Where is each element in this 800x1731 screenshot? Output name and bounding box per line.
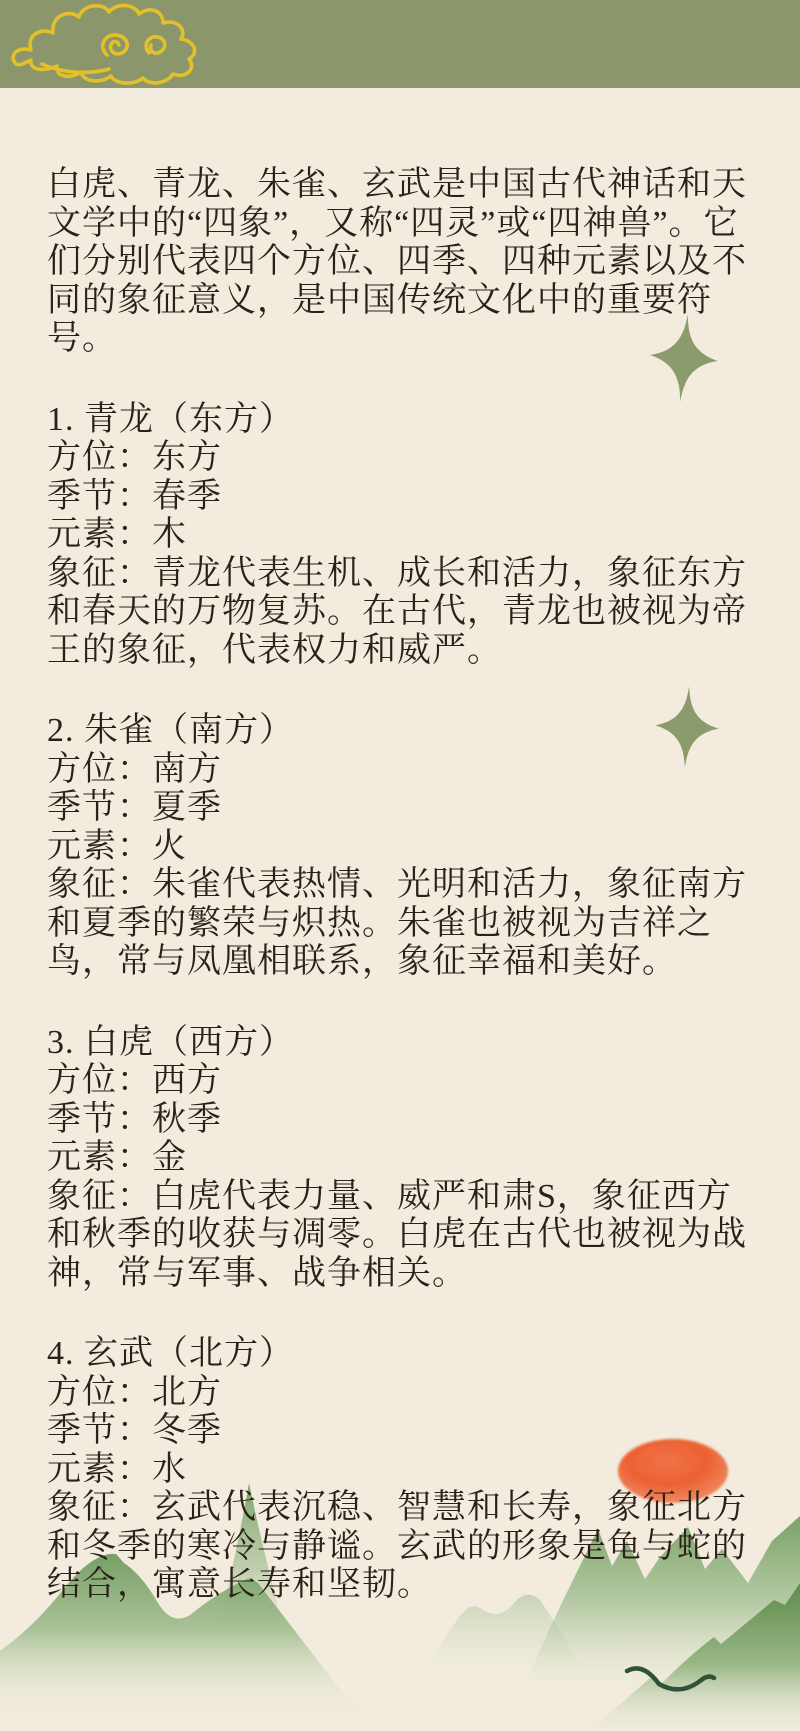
section-xuanwu: 4. 玄武（北方） 方位：北方 季节：冬季 元素：水 象征：玄武代表沉稳、智慧和…	[47, 1335, 754, 1605]
symbolism-line: 象征：朱雀代表热情、光明和活力，象征南方和夏季的繁荣与炽热。朱雀也被视为吉祥之鸟…	[47, 866, 754, 982]
direction-line: 方位：西方	[47, 1062, 754, 1101]
season-line: 季节：春季	[47, 478, 754, 517]
element-line: 元素：金	[47, 1139, 754, 1178]
section-heading: 2. 朱雀（南方）	[47, 712, 754, 751]
section-heading: 1. 青龙（东方）	[47, 401, 754, 440]
season-line: 季节：冬季	[47, 1412, 754, 1451]
element-line: 元素：火	[47, 828, 754, 867]
direction-line: 方位：东方	[47, 439, 754, 478]
section-heading: 4. 玄武（北方）	[47, 1335, 754, 1374]
direction-line: 方位：南方	[47, 751, 754, 790]
header-band	[0, 0, 800, 88]
element-line: 元素：水	[47, 1451, 754, 1490]
section-baihu: 3. 白虎（西方） 方位：西方 季节：秋季 元素：金 象征：白虎代表力量、威严和…	[47, 1024, 754, 1294]
symbolism-line: 象征：玄武代表沉稳、智慧和长寿，象征北方和冬季的寒冷与静谧。玄武的形象是龟与蛇的…	[47, 1489, 754, 1605]
section-heading: 3. 白虎（西方）	[47, 1024, 754, 1063]
section-qinglong: 1. 青龙（东方） 方位：东方 季节：春季 元素：木 象征：青龙代表生机、成长和…	[47, 401, 754, 671]
poster-canvas: 白虎、青龙、朱雀、玄武是中国古代神话和天文学中的“四象”，又称“四灵”或“四神兽…	[0, 0, 800, 1731]
auspicious-cloud-icon	[10, 2, 224, 88]
article-body: 白虎、青龙、朱雀、玄武是中国古代神话和天文学中的“四象”，又称“四灵”或“四神兽…	[47, 166, 754, 1605]
intro-paragraph: 白虎、青龙、朱雀、玄武是中国古代神话和天文学中的“四象”，又称“四灵”或“四神兽…	[47, 166, 754, 359]
direction-line: 方位：北方	[47, 1374, 754, 1413]
section-zhuque: 2. 朱雀（南方） 方位：南方 季节：夏季 元素：火 象征：朱雀代表热情、光明和…	[47, 712, 754, 982]
season-line: 季节：夏季	[47, 789, 754, 828]
season-line: 季节：秋季	[47, 1101, 754, 1140]
element-line: 元素：木	[47, 516, 754, 555]
symbolism-line: 象征：青龙代表生机、成长和活力，象征东方和春天的万物复苏。在古代，青龙也被视为帝…	[47, 555, 754, 671]
symbolism-line: 象征：白虎代表力量、威严和肃S，象征西方和秋季的收获与凋零。白虎在古代也被视为战…	[47, 1178, 754, 1294]
